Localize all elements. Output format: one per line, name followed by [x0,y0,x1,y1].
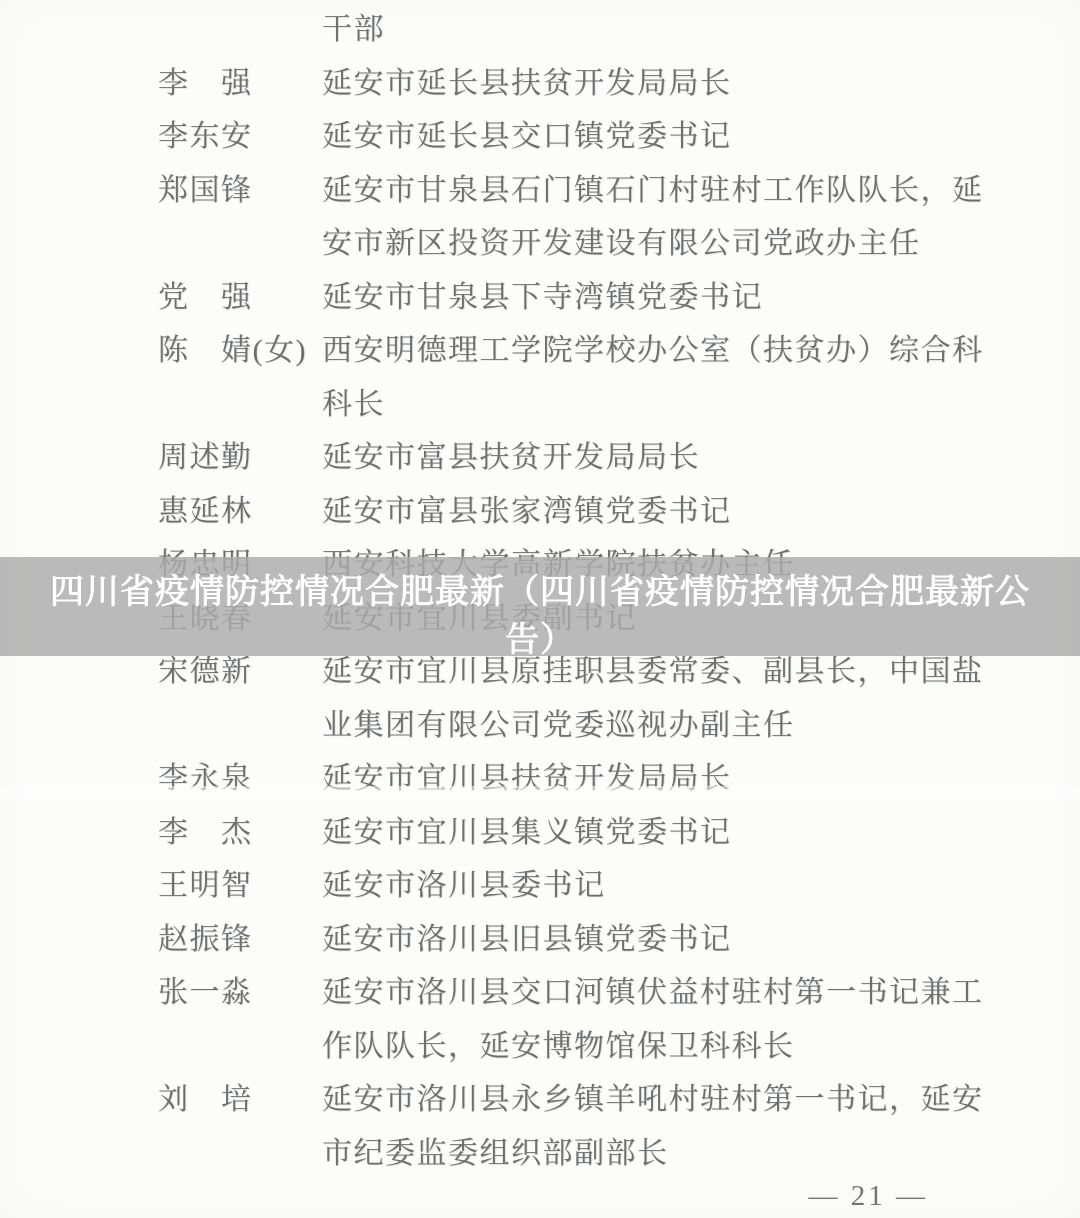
page-number: — 21 — [809,1180,929,1213]
entry-position: 延安市甘泉县下寺湾镇党委书记 [322,272,763,316]
entry-name: 王明智 [158,860,322,904]
entry-position: 西安明德理工学院学校办公室（扶贫办）综合科 [322,325,984,369]
watermark-banner: 四川省疫情防控情况合肥最新（四川省疫情防控情况合肥最新公 告） [0,557,1080,656]
entry-name: 刘 培 [158,1074,322,1118]
roster-line: 党 强 延安市甘泉县下寺湾镇党委书记 [158,270,763,318]
roster-line: 安市新区投资开发建设有限公司党政办主任 [158,216,921,264]
roster-line: 张一淼 延安市洛川县交口河镇伏益村驻村第一书记兼工 [158,965,984,1013]
roster-line: 李 杰 延安市宜川县集义镇党委书记 [158,805,732,853]
entry-position: 科长 [322,379,385,423]
roster-line: 李 强 延安市延长县扶贫开发局局长 [158,56,732,104]
entry-position: 安市新区投资开发建设有限公司党政办主任 [322,218,921,262]
entry-position: 延安市富县扶贫开发局局长 [322,432,700,476]
roster-line: 惠延林 延安市富县张家湾镇党委书记 [158,484,732,532]
roster-line: 科长 [158,377,385,425]
roster-line: 李东安 延安市延长县交口镇党委书记 [158,109,732,157]
entry-position: 作队队长，延安博物馆保卫科科长 [322,1021,795,1065]
entry-position: 业集团有限公司党委巡视办副主任 [322,700,795,744]
entry-position: 市纪委监委组织部副部长 [322,1128,669,1172]
roster-line: 业集团有限公司党委巡视办副主任 [158,698,795,746]
entry-position: 干部 [322,4,385,48]
entry-name: 周述勤 [158,432,322,476]
entry-name: 李东安 [158,111,322,155]
watermark-banner-line-1: 四川省疫情防控情况合肥最新（四川省疫情防控情况合肥最新公 [0,568,1080,616]
roster-line: 陈 婧(女) 西安明德理工学院学校办公室（扶贫办）综合科 [158,323,984,371]
roster-line: 市纪委监委组织部副部长 [158,1126,669,1174]
entry-position: 延安市延长县交口镇党委书记 [322,111,732,155]
roster-line: 刘 培 延安市洛川县永乡镇羊吼村驻村第一书记，延安 [158,1072,984,1120]
roster-line: 赵振锋 延安市洛川县旧县镇党委书记 [158,912,732,960]
entry-name: 陈 婧(女) [158,325,322,369]
roster-line: 作队队长，延安博物馆保卫科科长 [158,1019,795,1067]
entry-position: 延安市富县张家湾镇党委书记 [322,486,732,530]
entry-name: 张一淼 [158,967,322,1011]
entry-position: 延安市洛川县永乡镇羊吼村驻村第一书记，延安 [322,1074,984,1118]
roster-line: 干部 [158,2,385,50]
entry-position: 延安市甘泉县石门镇石门村驻村工作队队长，延 [322,165,984,209]
entry-name: 赵振锋 [158,914,322,958]
entry-position: 延安市洛川县旧县镇党委书记 [322,914,732,958]
roster-line: 郑国锋 延安市甘泉县石门镇石门村驻村工作队队长，延 [158,163,984,211]
watermark-banner-line-2: 告） [0,616,1080,664]
entry-name: 郑国锋 [158,165,322,209]
entry-position: 延安市延长县扶贫开发局局长 [322,58,732,102]
entry-position: 延安市宜川县集义镇党委书记 [322,807,732,851]
entry-position: 延安市洛川县委书记 [322,860,606,904]
entry-name: 李 强 [158,58,322,102]
scanned-document-page: 干部 李 强 延安市延长县扶贫开发局局长 李东安 延安市延长县交口镇党委书记 郑… [0,0,1080,1218]
entry-name: 惠延林 [158,486,322,530]
entry-name: 李 杰 [158,807,322,851]
scan-artifact-stripe [0,786,1080,799]
roster-line: 周述勤 延安市富县扶贫开发局局长 [158,430,700,478]
entry-name: 党 强 [158,272,322,316]
entry-position: 延安市洛川县交口河镇伏益村驻村第一书记兼工 [322,967,984,1011]
roster-line: 王明智 延安市洛川县委书记 [158,858,606,906]
